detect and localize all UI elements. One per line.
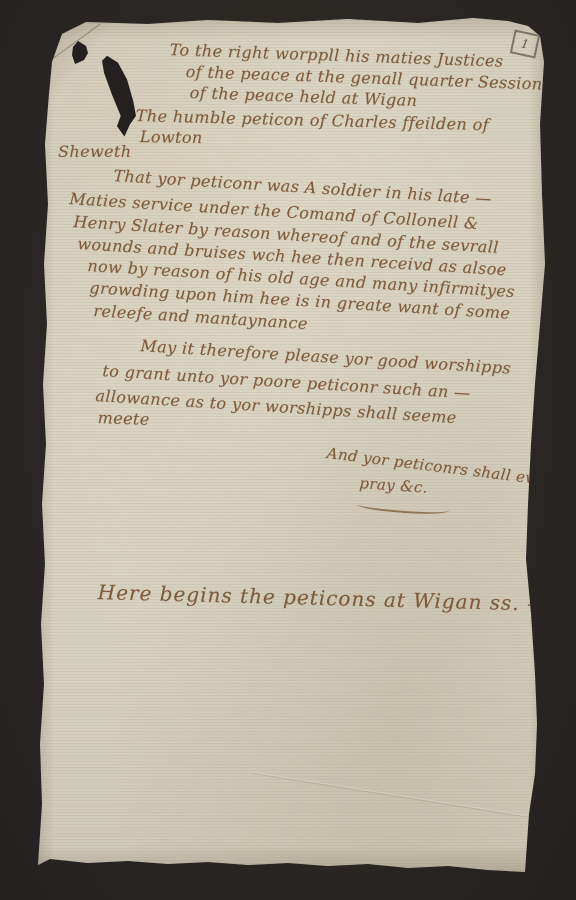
sheweth-label: Sheweth bbox=[58, 142, 131, 161]
folio-number-box: 1 bbox=[510, 30, 540, 59]
photograph-background: 1 To the right worppll his maties Justic… bbox=[0, 0, 576, 900]
prayer-line: meete bbox=[97, 408, 150, 429]
folio-number: 1 bbox=[520, 36, 530, 51]
manuscript-page: 1 To the right worppll his maties Justic… bbox=[28, 14, 550, 880]
title-line: Lowton bbox=[140, 127, 203, 147]
